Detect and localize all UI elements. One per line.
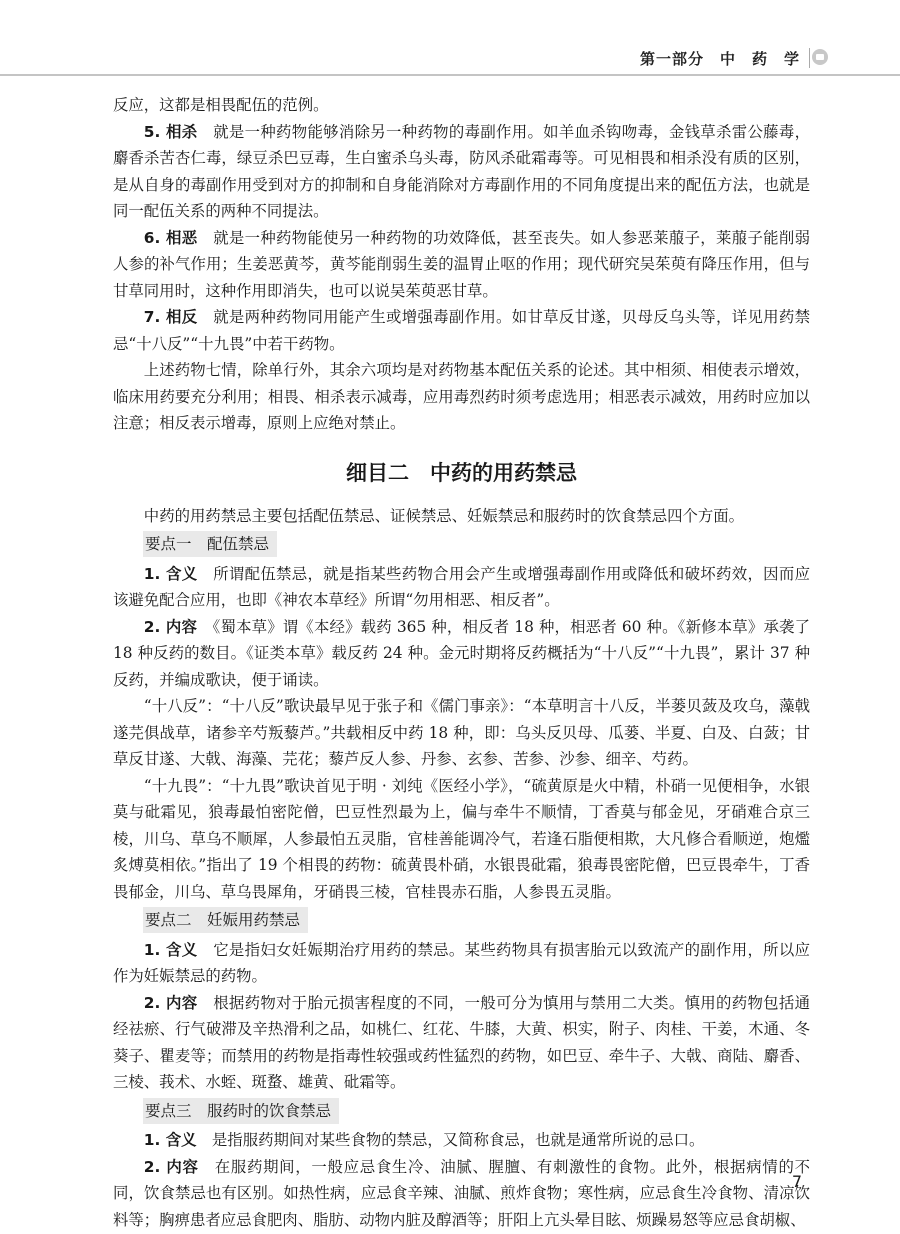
- point-heading: 要点二 妊娠用药禁忌: [143, 907, 308, 933]
- paragraph: 2. 内容 在服药期间，一般应忌食生冷、油腻、腥膻、有刺激性的食物。此外，根据病…: [113, 1154, 810, 1234]
- term-label: 1. 含义: [144, 1131, 197, 1149]
- header-rule: [0, 74, 900, 76]
- term-label: 1. 含义: [144, 565, 198, 583]
- paragraph: 2. 内容 《蜀本草》谓《本经》载药 365 种，相反者 18 种，相恶者 60…: [113, 614, 810, 694]
- paragraph: 1. 含义 它是指妇女妊娠期治疗用药的禁忌。某些药物具有损害胎元以致流产的副作用…: [113, 937, 810, 990]
- paragraph: 7. 相反 就是两种药物同用能产生或增强毒副作用。如甘草反甘遂，贝母反乌头等，详…: [113, 304, 810, 357]
- term-label: 2. 内容: [144, 618, 197, 636]
- header-divider: [809, 48, 810, 68]
- header-title: 第一部分 中 药 学: [640, 48, 800, 69]
- paragraph: 6. 相恶 就是一种药物能使另一种药物的功效降低，甚至丧失。如人参恶莱菔子，莱菔…: [113, 225, 810, 305]
- point-heading: 要点一 配伍禁忌: [143, 531, 277, 557]
- page-body: 反应，这都是相畏配伍的范例。 5. 相杀 就是一种药物能够消除另一种药物的毒副作…: [113, 92, 810, 1233]
- paragraph: 1. 含义 是指服药期间对某些食物的禁忌，又简称食忌，也就是通常所说的忌口。: [113, 1127, 810, 1154]
- term-label: 1. 含义: [144, 941, 198, 959]
- term-label: 2. 内容: [144, 994, 198, 1012]
- page-number: 7: [792, 1172, 802, 1191]
- paragraph: 反应，这都是相畏配伍的范例。: [113, 92, 810, 119]
- book-icon: [812, 49, 828, 65]
- paragraph: 2. 内容 根据药物对于胎元损害程度的不同，一般可分为慎用与禁用二大类。慎用的药…: [113, 990, 810, 1096]
- section-title: 细目二 中药的用药禁忌: [113, 457, 810, 489]
- paragraph: 5. 相杀 就是一种药物能够消除另一种药物的毒副作用。如羊血杀钩吻毒，金钱草杀雷…: [113, 119, 810, 225]
- point-heading: 要点三 服药时的饮食禁忌: [143, 1098, 339, 1124]
- term-label: 2. 内容: [144, 1158, 199, 1176]
- paragraph: “十八反”：“十八反”歌诀最早见于张子和《儒门事亲》：“本草明言十八反，半蒌贝蔹…: [113, 693, 810, 773]
- paragraph: 上述药物七情，除单行外，其余六项均是对药物基本配伍关系的论述。其中相须、相使表示…: [113, 357, 810, 437]
- term-label: 6. 相恶: [144, 229, 198, 247]
- paragraph: 1. 含义 所谓配伍禁忌，就是指某些药物合用会产生或增强毒副作用或降低和破坏药效…: [113, 561, 810, 614]
- paragraph: “十九畏”：“十九畏”歌诀首见于明 · 刘纯《医经小学》，“硫黄原是火中精，朴硝…: [113, 773, 810, 906]
- term-label: 7. 相反: [144, 308, 198, 326]
- term-label: 5. 相杀: [144, 123, 198, 141]
- running-header: 第一部分 中 药 学: [0, 44, 900, 74]
- section-intro: 中药的用药禁忌主要包括配伍禁忌、证候禁忌、妊娠禁忌和服药时的饮食禁忌四个方面。: [113, 503, 810, 530]
